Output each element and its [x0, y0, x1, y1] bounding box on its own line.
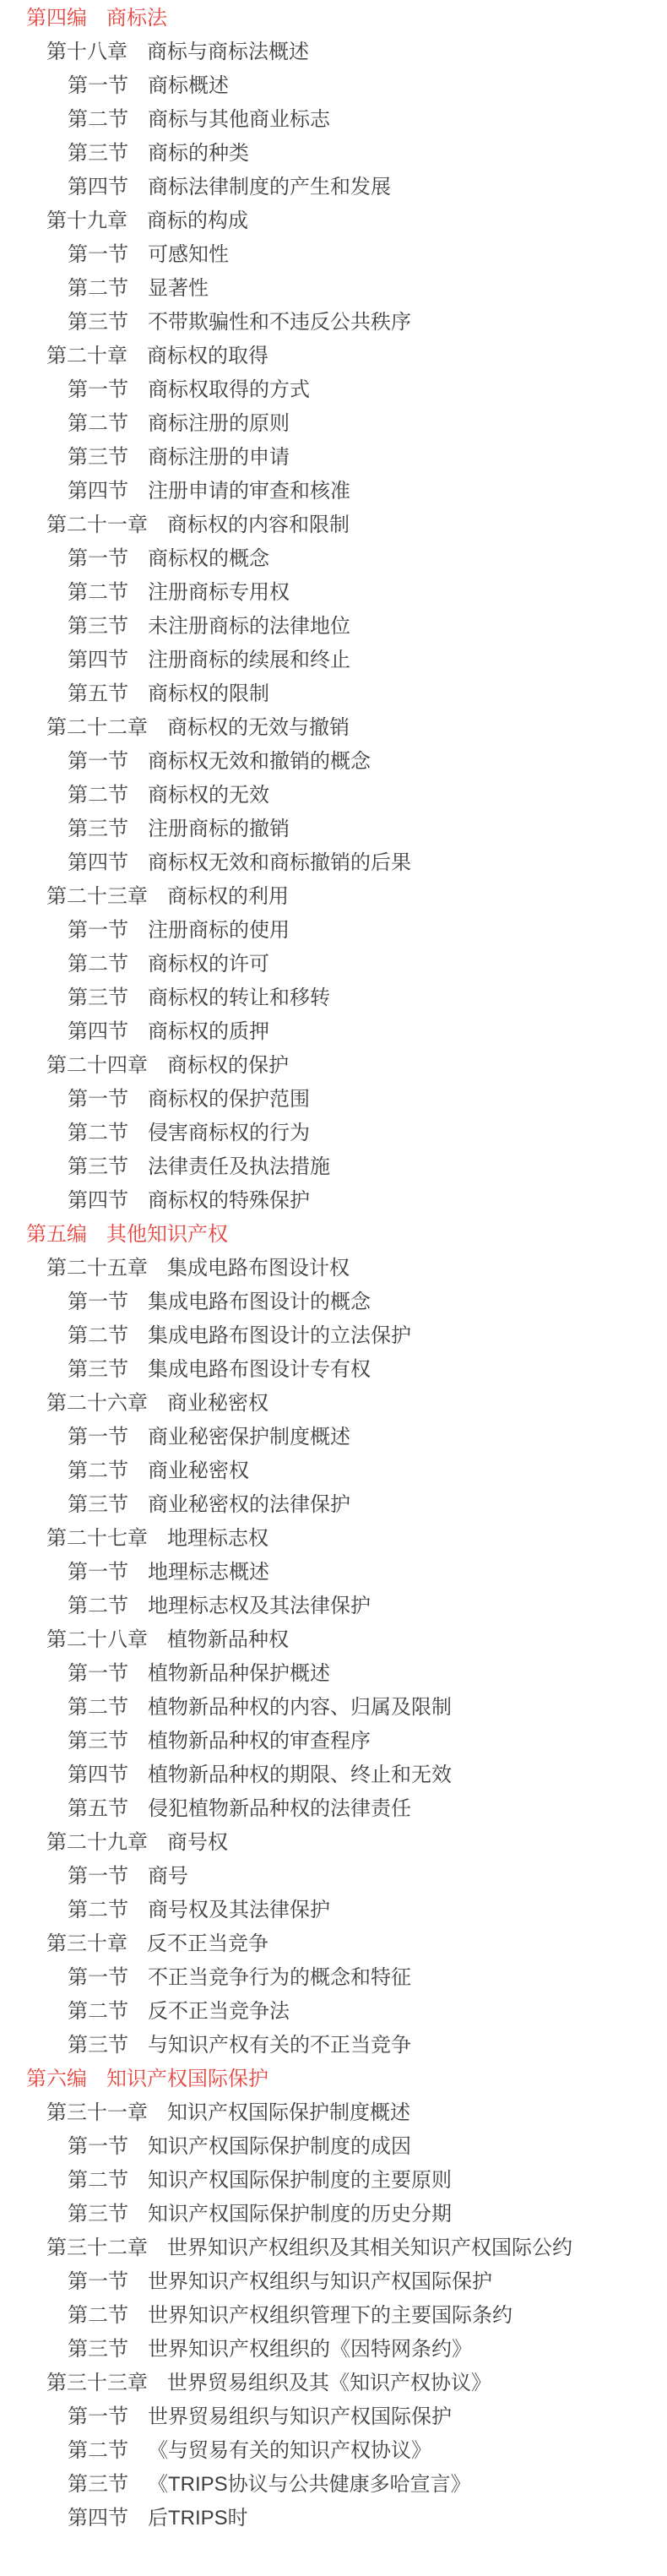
toc-section-entry[interactable]: 第三节集成电路布图设计专有权 — [0, 1353, 667, 1387]
entry-number: 第二十七章 — [46, 1527, 148, 1550]
toc-section-entry[interactable]: 第二节植物新品种权的内容、归属及限制 — [0, 1691, 667, 1725]
entry-title: 商标权的保护 — [167, 1054, 289, 1077]
entry-number: 第三节 — [68, 2473, 128, 2496]
entry-number: 第一节 — [68, 378, 128, 401]
toc-part-heading[interactable]: 第六编知识产权国际保护 — [0, 2062, 667, 2096]
entry-number: 第三节 — [68, 1730, 128, 1753]
entry-number: 第一节 — [68, 74, 128, 97]
toc-chapter-entry[interactable]: 第二十一章商标权的内容和限制 — [0, 508, 667, 542]
entry-number: 第一节 — [68, 750, 128, 773]
entry-number: 第三十三章 — [46, 2372, 148, 2394]
entry-number: 第二节 — [68, 277, 128, 300]
entry-number: 第三节 — [68, 2338, 128, 2361]
entry-number: 第二十六章 — [46, 1392, 148, 1415]
entry-title: 商标法律制度的产生和发展 — [148, 176, 391, 198]
toc-section-entry[interactable]: 第三节《TRIPS协议与公共健康多哈宣言》 — [0, 2468, 667, 2502]
entry-number: 第五节 — [68, 682, 128, 705]
entry-title: 地理标志概述 — [148, 1561, 269, 1584]
toc-section-entry[interactable]: 第一节商业秘密保护制度概述 — [0, 1421, 667, 1454]
entry-title: 世界贸易组织与知识产权国际保护 — [148, 2405, 452, 2428]
entry-number: 第一节 — [68, 243, 128, 266]
toc-chapter-entry[interactable]: 第二十八章植物新品种权 — [0, 1623, 667, 1657]
entry-number: 第三十章 — [46, 1932, 127, 1955]
toc-chapter-entry[interactable]: 第十八章商标与商标法概述 — [0, 35, 667, 69]
entry-number: 第二节 — [68, 953, 128, 976]
toc-section-entry[interactable]: 第三节商标的种类 — [0, 137, 667, 171]
entry-title: 商标权的内容和限制 — [167, 514, 350, 536]
toc-section-entry[interactable]: 第四节注册申请的审查和核准 — [0, 475, 667, 508]
entry-number: 第十九章 — [46, 209, 127, 232]
toc-section-entry[interactable]: 第二节商号权及其法律保护 — [0, 1894, 667, 1927]
entry-number: 第三节 — [68, 2034, 128, 2057]
entry-number: 第二节 — [68, 1122, 128, 1144]
entry-title: 商标权的限制 — [148, 682, 269, 705]
entry-number: 第三节 — [68, 446, 128, 469]
entry-title: 地理标志权及其法律保护 — [148, 1595, 371, 1617]
entry-number: 第二十章 — [46, 345, 127, 367]
entry-title: 商标的种类 — [148, 142, 249, 165]
toc-chapter-entry[interactable]: 第十九章商标的构成 — [0, 204, 667, 238]
entry-number: 第二节 — [68, 412, 128, 435]
toc-section-entry[interactable]: 第一节商标概述 — [0, 69, 667, 103]
entry-number: 第二十二章 — [46, 716, 148, 739]
entry-number: 第二节 — [68, 2169, 128, 2192]
entry-title: 商标权的质押 — [148, 1020, 269, 1043]
toc-chapter-entry[interactable]: 第二十三章商标权的利用 — [0, 880, 667, 914]
toc-section-entry[interactable]: 第三节不带欺骗性和不违反公共秩序 — [0, 306, 667, 340]
toc-chapter-entry[interactable]: 第三十一章知识产权国际保护制度概述 — [0, 2096, 667, 2130]
entry-number: 第二节 — [68, 2304, 128, 2327]
toc-section-entry[interactable]: 第一节世界贸易组织与知识产权国际保护 — [0, 2400, 667, 2434]
entry-title: 《与贸易有关的知识产权协议》 — [148, 2439, 431, 2462]
entry-number: 第二十三章 — [46, 885, 148, 908]
entry-title: 商标与商标法概述 — [147, 41, 309, 63]
toc-section-entry[interactable]: 第三节商标权的转让和移转 — [0, 981, 667, 1015]
toc-section-entry[interactable]: 第一节可感知性 — [0, 238, 667, 272]
entry-number: 第二节 — [68, 1459, 128, 1482]
entry-number: 第四节 — [68, 851, 128, 874]
toc-section-entry[interactable]: 第一节商标权取得的方式 — [0, 373, 667, 407]
toc-section-entry[interactable]: 第一节世界知识产权组织与知识产权国际保护 — [0, 2265, 667, 2299]
entry-title: 其他知识产权 — [106, 1223, 228, 1246]
entry-number: 第四节 — [68, 1020, 128, 1043]
entry-number: 第二节 — [68, 581, 128, 604]
toc-section-entry[interactable]: 第一节植物新品种保护概述 — [0, 1657, 667, 1691]
entry-title: 植物新品种权 — [167, 1628, 289, 1651]
entry-title: 不正当竞争行为的概念和特征 — [148, 1966, 411, 1989]
toc-section-entry[interactable]: 第一节不正当竞争行为的概念和特征 — [0, 1961, 667, 1995]
entry-title: 植物新品种权的审查程序 — [148, 1730, 371, 1753]
toc-chapter-entry[interactable]: 第二十六章商业秘密权 — [0, 1387, 667, 1421]
entry-title: 商标权的无效与撤销 — [167, 716, 350, 739]
toc-section-entry[interactable]: 第二节商业秘密权 — [0, 1454, 667, 1488]
entry-title: 商业秘密权的法律保护 — [148, 1493, 350, 1516]
entry-title: 植物新品种权的内容、归属及限制 — [148, 1696, 452, 1719]
entry-number: 第三节 — [68, 142, 128, 165]
entry-number: 第三节 — [68, 615, 128, 638]
entry-number: 第二十一章 — [46, 514, 148, 536]
entry-number: 第五编 — [26, 1223, 87, 1246]
toc-section-entry[interactable]: 第四节商标权的质押 — [0, 1015, 667, 1049]
toc-section-entry[interactable]: 第四节商标权无效和商标撤销的后果 — [0, 846, 667, 880]
toc-section-entry[interactable]: 第二节商标与其他商业标志 — [0, 103, 667, 137]
toc-chapter-entry[interactable]: 第二十九章商号权 — [0, 1826, 667, 1860]
entry-title: 注册商标专用权 — [148, 581, 290, 604]
toc-chapter-entry[interactable]: 第二十七章地理标志权 — [0, 1522, 667, 1556]
entry-title: 与知识产权有关的不正当竞争 — [148, 2034, 411, 2057]
entry-title: 可感知性 — [148, 243, 229, 266]
toc-section-entry[interactable]: 第五节侵犯植物新品种权的法律责任 — [0, 1792, 667, 1826]
entry-title: 集成电路布图设计权 — [167, 1257, 350, 1280]
entry-number: 第四节 — [68, 2507, 128, 2530]
toc-section-entry[interactable]: 第一节知识产权国际保护制度的成因 — [0, 2130, 667, 2164]
toc-section-entry[interactable]: 第三节商标注册的申请 — [0, 441, 667, 475]
entry-number: 第一节 — [68, 1662, 128, 1685]
toc-section-entry[interactable]: 第二节注册商标专用权 — [0, 576, 667, 610]
entry-number: 第一节 — [68, 1088, 128, 1111]
entry-number: 第一节 — [68, 1966, 128, 1989]
entry-title: 不带欺骗性和不违反公共秩序 — [148, 311, 411, 334]
entry-number: 第三节 — [68, 1358, 128, 1381]
toc-section-entry[interactable]: 第二节显著性 — [0, 272, 667, 306]
entry-number: 第二十八章 — [46, 1628, 148, 1651]
entry-title: 世界知识产权组织及其相关知识产权国际公约 — [167, 2236, 572, 2259]
entry-number: 第二节 — [68, 1324, 128, 1347]
entry-title: 反不正当竞争法 — [148, 2000, 290, 2023]
entry-title: 商号权及其法律保护 — [148, 1899, 330, 1921]
toc-section-entry[interactable]: 第三节未注册商标的法律地位 — [0, 610, 667, 644]
entry-number: 第三节 — [68, 2203, 128, 2225]
entry-title: 显著性 — [148, 277, 209, 300]
entry-title: 注册申请的审查和核准 — [148, 480, 350, 503]
toc-part-heading[interactable]: 第四编商标法 — [0, 2, 667, 35]
entry-title: 侵害商标权的行为 — [148, 1122, 310, 1144]
entry-title: 知识产权国际保护制度的历史分期 — [148, 2203, 452, 2225]
toc-section-entry[interactable]: 第二节世界知识产权组织管理下的主要国际条约 — [0, 2299, 667, 2333]
entry-number: 第二节 — [68, 2439, 128, 2462]
toc-section-entry[interactable]: 第三节知识产权国际保护制度的历史分期 — [0, 2198, 667, 2231]
entry-title: 商号 — [148, 1865, 188, 1888]
entry-title: 集成电路布图设计的概念 — [148, 1291, 371, 1313]
toc-section-entry[interactable]: 第一节商标权的保护范围 — [0, 1083, 667, 1117]
entry-title: 商标注册的申请 — [148, 446, 290, 469]
toc-section-entry[interactable]: 第三节商业秘密权的法律保护 — [0, 1488, 667, 1522]
toc-section-entry[interactable]: 第二节侵害商标权的行为 — [0, 1117, 667, 1150]
entry-title: 《TRIPS协议与公共健康多哈宣言》 — [148, 2473, 471, 2496]
entry-title: 注册商标的撤销 — [148, 818, 290, 840]
entry-title: 商标权取得的方式 — [148, 378, 310, 401]
toc-section-entry[interactable]: 第三节植物新品种权的审查程序 — [0, 1725, 667, 1758]
entry-title: 世界知识产权组织管理下的主要国际条约 — [148, 2304, 512, 2327]
entry-number: 第二节 — [68, 1899, 128, 1921]
entry-number: 第三节 — [68, 311, 128, 334]
toc-section-entry[interactable]: 第一节地理标志概述 — [0, 1556, 667, 1590]
entry-title: 知识产权国际保护制度的成因 — [148, 2135, 411, 2158]
toc-section-entry[interactable]: 第三节与知识产权有关的不正当竞争 — [0, 2029, 667, 2062]
entry-number: 第二节 — [68, 1595, 128, 1617]
entry-title: 商标权的转让和移转 — [148, 986, 330, 1009]
entry-title: 集成电路布图设计的立法保护 — [148, 1324, 411, 1347]
toc-section-entry[interactable]: 第五节商标权的限制 — [0, 677, 667, 711]
toc-section-entry[interactable]: 第二节知识产权国际保护制度的主要原则 — [0, 2164, 667, 2198]
entry-number: 第二节 — [68, 2000, 128, 2023]
entry-title: 商标权无效和商标撤销的后果 — [148, 851, 411, 874]
entry-title: 商业秘密保护制度概述 — [148, 1426, 350, 1448]
entry-title: 注册商标的使用 — [148, 919, 290, 942]
entry-number: 第六编 — [26, 2068, 87, 2090]
entry-title: 植物新品种权的期限、终止和无效 — [148, 1764, 452, 1786]
toc-section-entry[interactable]: 第四节商标权的特殊保护 — [0, 1184, 667, 1218]
entry-title: 商标权的概念 — [148, 547, 269, 570]
entry-number: 第二节 — [68, 108, 128, 131]
toc-section-entry[interactable]: 第二节集成电路布图设计的立法保护 — [0, 1319, 667, 1353]
entry-number: 第三十二章 — [46, 2236, 148, 2259]
toc-chapter-entry[interactable]: 第三十二章世界知识产权组织及其相关知识产权国际公约 — [0, 2231, 667, 2265]
toc-section-entry[interactable]: 第二节地理标志权及其法律保护 — [0, 1590, 667, 1623]
entry-number: 第四节 — [68, 1189, 128, 1212]
entry-title: 世界知识产权组织的《因特网条约》 — [148, 2338, 472, 2361]
entry-title: 商标法 — [106, 7, 167, 30]
entry-number: 第一节 — [68, 547, 128, 570]
toc-section-entry[interactable]: 第四节注册商标的续展和终止 — [0, 644, 667, 677]
toc-section-entry[interactable]: 第四节商标法律制度的产生和发展 — [0, 171, 667, 204]
entry-number: 第五节 — [68, 1797, 128, 1820]
entry-title: 商业秘密权 — [167, 1392, 268, 1415]
entry-title: 商标权的保护范围 — [148, 1088, 310, 1111]
entry-title: 商标权的特殊保护 — [148, 1189, 310, 1212]
entry-number: 第四节 — [68, 649, 128, 671]
entry-number: 第四节 — [68, 1764, 128, 1786]
entry-number: 第三节 — [68, 986, 128, 1009]
entry-number: 第一节 — [68, 2135, 128, 2158]
entry-title: 商标与其他商业标志 — [148, 108, 330, 131]
toc-section-entry[interactable]: 第一节商号 — [0, 1860, 667, 1894]
entry-title: 知识产权国际保护 — [106, 2068, 268, 2090]
entry-number: 第四编 — [26, 7, 87, 30]
toc-chapter-entry[interactable]: 第二十四章商标权的保护 — [0, 1049, 667, 1083]
entry-title: 商标的构成 — [147, 209, 248, 232]
entry-title: 注册商标的续展和终止 — [148, 649, 350, 671]
toc-section-entry[interactable]: 第三节法律责任及执法措施 — [0, 1150, 667, 1184]
entry-title: 法律责任及执法措施 — [148, 1155, 330, 1178]
toc-chapter-entry[interactable]: 第二十五章集成电路布图设计权 — [0, 1252, 667, 1285]
toc-section-entry[interactable]: 第一节注册商标的使用 — [0, 914, 667, 948]
entry-title: 植物新品种保护概述 — [148, 1662, 330, 1685]
entry-number: 第二十五章 — [46, 1257, 148, 1280]
entry-title: 商号权 — [167, 1831, 228, 1854]
entry-title: 世界贸易组织及其《知识产权协议》 — [167, 2372, 491, 2394]
entry-title: 地理标志权 — [167, 1527, 268, 1550]
entry-title: 侵犯植物新品种权的法律责任 — [148, 1797, 411, 1820]
entry-number: 第二节 — [68, 784, 128, 807]
entry-number: 第三节 — [68, 1155, 128, 1178]
toc-section-entry[interactable]: 第二节商标权的许可 — [0, 948, 667, 981]
toc-section-entry[interactable]: 第一节集成电路布图设计的概念 — [0, 1285, 667, 1319]
entry-number: 第一节 — [68, 2405, 128, 2428]
toc-section-entry[interactable]: 第四节后TRIPS时 — [0, 2502, 667, 2535]
toc-section-entry[interactable]: 第二节反不正当竞争法 — [0, 1995, 667, 2029]
entry-title: 集成电路布图设计专有权 — [148, 1358, 371, 1381]
table-of-contents: 第四编商标法 第十八章商标与商标法概述 第一节商标概述 第二节商标与其他商业标志… — [0, 0, 667, 2535]
entry-number: 第四节 — [68, 480, 128, 503]
entry-title: 未注册商标的法律地位 — [148, 615, 350, 638]
toc-chapter-entry[interactable]: 第二十章商标权的取得 — [0, 340, 667, 373]
toc-section-entry[interactable]: 第一节商标权无效和撤销的概念 — [0, 745, 667, 779]
entry-title: 商标注册的原则 — [148, 412, 290, 435]
entry-title: 知识产权国际保护制度概述 — [167, 2101, 410, 2124]
entry-title: 商标权的无效 — [148, 784, 269, 807]
toc-section-entry[interactable]: 第一节商标权的概念 — [0, 542, 667, 576]
entry-number: 第二十四章 — [46, 1054, 148, 1077]
toc-section-entry[interactable]: 第二节商标注册的原则 — [0, 407, 667, 441]
entry-number: 第一节 — [68, 919, 128, 942]
entry-number: 第三节 — [68, 818, 128, 840]
toc-chapter-entry[interactable]: 第三十三章世界贸易组织及其《知识产权协议》 — [0, 2367, 667, 2400]
entry-number: 第一节 — [68, 2270, 128, 2293]
toc-chapter-entry[interactable]: 第三十章反不正当竞争 — [0, 1927, 667, 1961]
entry-number: 第一节 — [68, 1291, 128, 1313]
entry-number: 第一节 — [68, 1561, 128, 1584]
toc-section-entry[interactable]: 第三节世界知识产权组织的《因特网条约》 — [0, 2333, 667, 2367]
toc-section-entry[interactable]: 第四节植物新品种权的期限、终止和无效 — [0, 1758, 667, 1792]
entry-number: 第二十九章 — [46, 1831, 148, 1854]
entry-title: 世界知识产权组织与知识产权国际保护 — [148, 2270, 492, 2293]
entry-title: 商标权无效和撤销的概念 — [148, 750, 371, 773]
entry-title: 商标概述 — [148, 74, 229, 97]
toc-part-heading[interactable]: 第五编其他知识产权 — [0, 1218, 667, 1252]
entry-number: 第一节 — [68, 1426, 128, 1448]
entry-title: 商标权的许可 — [148, 953, 269, 976]
toc-chapter-entry[interactable]: 第二十二章商标权的无效与撤销 — [0, 711, 667, 745]
entry-title: 商标权的利用 — [167, 885, 289, 908]
entry-title: 后TRIPS时 — [148, 2507, 248, 2530]
toc-section-entry[interactable]: 第二节商标权的无效 — [0, 779, 667, 812]
entry-title: 反不正当竞争 — [147, 1932, 268, 1955]
entry-title: 商标权的取得 — [147, 345, 268, 367]
entry-title: 知识产权国际保护制度的主要原则 — [148, 2169, 452, 2192]
entry-number: 第十八章 — [46, 41, 127, 63]
entry-number: 第四节 — [68, 176, 128, 198]
toc-section-entry[interactable]: 第三节注册商标的撤销 — [0, 812, 667, 846]
toc-section-entry[interactable]: 第二节《与贸易有关的知识产权协议》 — [0, 2434, 667, 2468]
entry-number: 第三节 — [68, 1493, 128, 1516]
entry-title: 商业秘密权 — [148, 1459, 249, 1482]
entry-number: 第一节 — [68, 1865, 128, 1888]
entry-number: 第三十一章 — [46, 2101, 148, 2124]
entry-number: 第二节 — [68, 1696, 128, 1719]
